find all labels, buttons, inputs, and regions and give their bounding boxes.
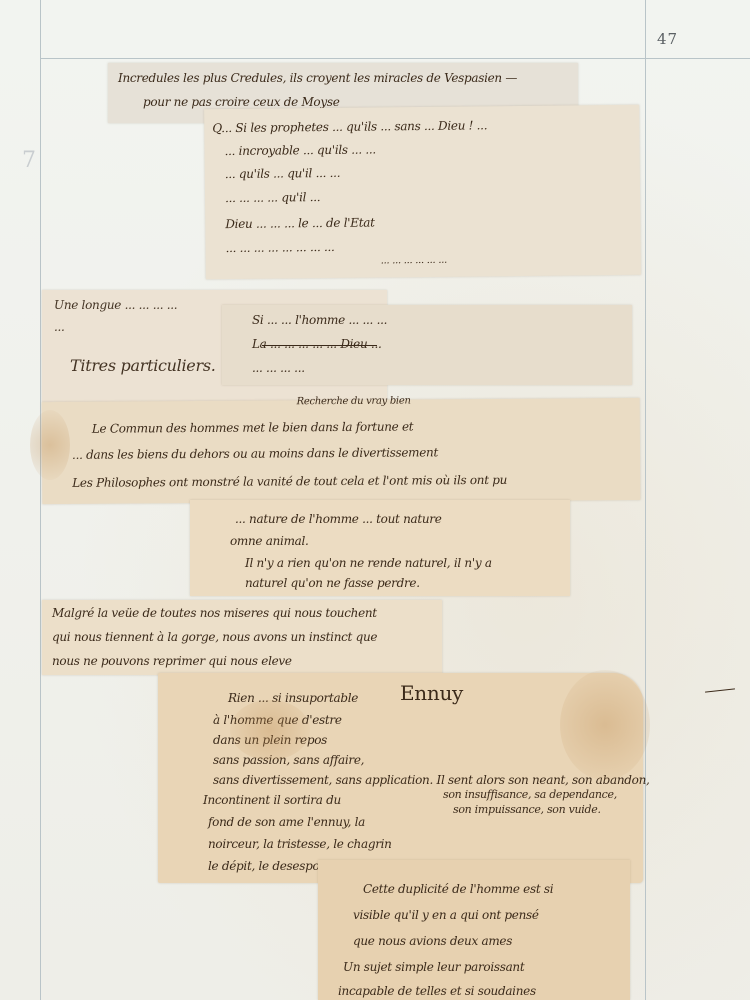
fragment-line: ... nature de l'homme ... tout nature	[235, 512, 442, 526]
fragment-line: Il n'y a rien qu'on ne rende naturel, il…	[245, 556, 492, 570]
fragment-line: Incontinent il sortira du	[203, 793, 341, 807]
fragment-line: pour ne pas croire ceux de Moyse	[143, 95, 340, 109]
fragment-line: son insuffisance, sa dependance,	[443, 788, 617, 801]
fragment-line: ... ... ... ... ... ... ... ...	[226, 240, 335, 255]
fragment-line: Le Commun des hommes met le bien dans la…	[92, 419, 414, 435]
fragment-homme: Si ... ... l'homme ... ... ... La ... ..…	[222, 305, 632, 385]
fragment-line: Recherche du vray bien	[297, 396, 411, 408]
fragment-line: Un sujet simple leur paroissant	[343, 960, 524, 974]
fragment-line: Si ... ... l'homme ... ... ...	[252, 313, 387, 327]
fragment-line: noirceur, la tristesse, le chagrin	[208, 837, 392, 851]
fragment-line: Cette duplicité de l'homme est si	[363, 882, 553, 896]
fragment-line: ... incroyable ... qu'ils ... ...	[224, 142, 375, 158]
fragment-line: le dépit, le desespoir.	[208, 859, 331, 873]
manuscript-page: 47 7 Incredules les plus Credules, ils c…	[0, 0, 750, 1000]
fragment-line: Incredules les plus Credules, ils croyen…	[118, 71, 517, 85]
left-margin-rule	[40, 0, 41, 1000]
foxing-stain	[560, 670, 650, 780]
fragment-vray-bien: Recherche du vray bien Le Commun des hom…	[42, 398, 641, 504]
fragment-line: Rien ... si insuportable	[228, 691, 358, 705]
fragment-prophetes: Q... Si les prophetes ... qu'ils ... san…	[204, 105, 641, 280]
fragment-line: visible qu'il y en a qui ont pensé	[353, 908, 539, 922]
fragment-line: Les Philosophes ont monstré la vanité de…	[72, 473, 507, 490]
fragment-line: ... ... ... ... ... ...	[381, 255, 447, 267]
fragment-duplicite: Cette duplicité de l'homme est si visibl…	[318, 860, 630, 1000]
fragment-line: fond de son ame l'ennuy, la	[208, 815, 365, 829]
strikethrough	[262, 345, 377, 346]
right-margin-rule	[645, 0, 646, 1000]
ink-mark	[705, 688, 735, 692]
fragment-line: qui nous tiennent à la gorge, nous avons…	[52, 630, 377, 644]
fragment-line: nous ne pouvons reprimer qui nous eleve	[52, 654, 292, 668]
fragment-line: La ... ... ... ... ... Dieu ...	[252, 337, 381, 351]
fragment-heading: Titres particuliers.	[70, 356, 216, 375]
folio-number: 47	[657, 30, 678, 48]
fragment-line: Dieu ... ... ... le ... de l'Etat	[225, 216, 374, 232]
foxing-stain	[230, 700, 310, 760]
fragment-miseres: Malgré la veüe de toutes nos miseres qui…	[42, 600, 442, 675]
fragment-line: naturel qu'on ne fasse perdre.	[245, 576, 420, 590]
fragment-line: Une longue ... ... ... ...	[54, 298, 177, 312]
fragment-line: ... dans les biens du dehors ou au moins…	[72, 445, 438, 462]
fragment-nature: ... nature de l'homme ... tout nature om…	[190, 500, 570, 596]
fragment-line: Malgré la veüe de toutes nos miseres qui…	[52, 606, 377, 620]
fragment-heading: Ennuy	[400, 681, 463, 705]
fragment-line: sans divertissement, sans application. I…	[213, 773, 650, 787]
fragment-line: que nous avions deux ames	[353, 934, 512, 948]
fragment-line: ... qu'ils ... qu'il ... ...	[225, 166, 341, 181]
fragment-line: son impuissance, son vuide.	[453, 803, 601, 816]
fragment-line: incapable de telles et si soudaines	[338, 984, 536, 998]
ghost-mark: 7	[22, 148, 36, 173]
top-margin-rule	[40, 58, 750, 59]
fragment-line: ... ... ... ...	[252, 361, 305, 375]
foxing-stain	[30, 410, 70, 480]
fragment-line: Q... Si les prophetes ... qu'ils ... san…	[212, 118, 487, 135]
fragment-line: omne animal.	[230, 534, 309, 548]
fragment-line: ...	[54, 320, 65, 334]
fragment-line: ... ... ... ... qu'il ...	[225, 190, 320, 205]
